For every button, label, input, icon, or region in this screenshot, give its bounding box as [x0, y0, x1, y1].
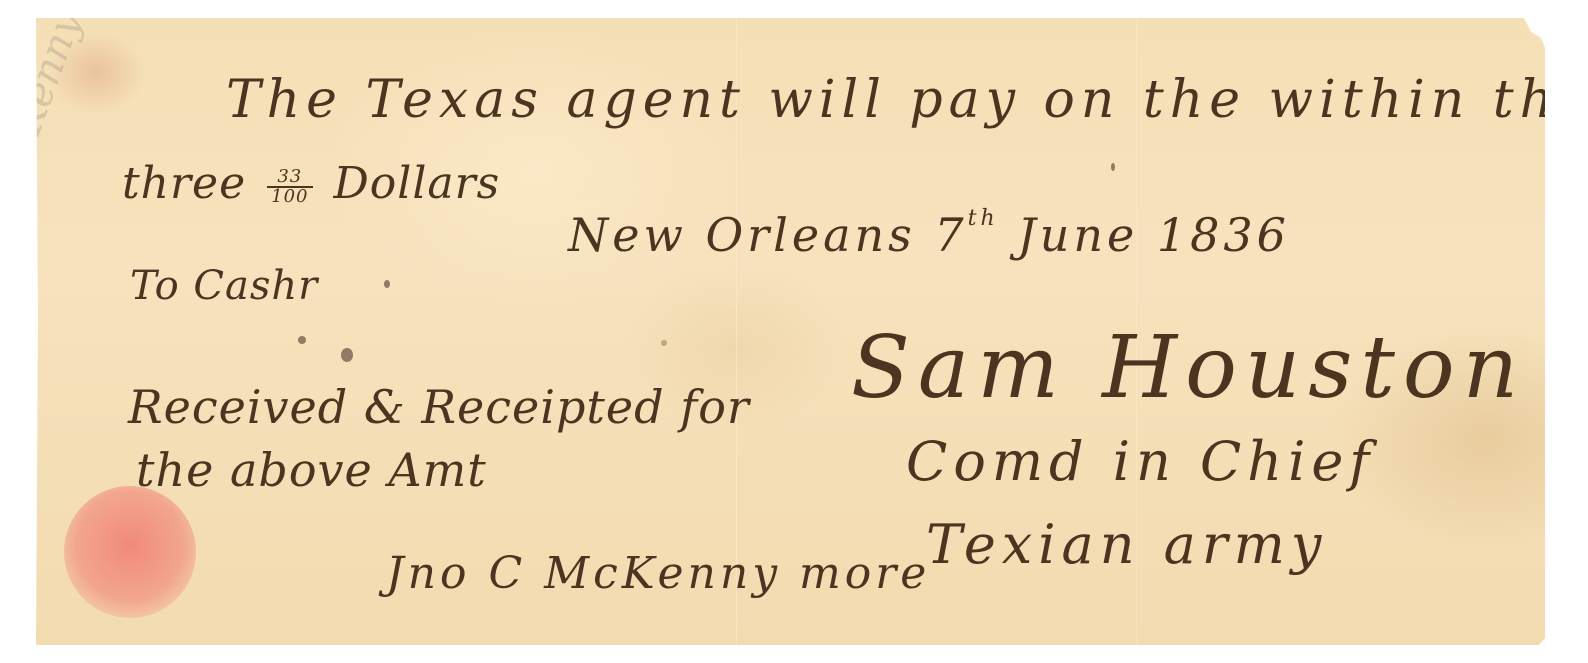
amount-unit: Dollars	[334, 158, 501, 209]
fraction-denominator: 100	[267, 188, 312, 206]
receipt-line-1: Received & Receipted for	[128, 380, 750, 434]
place-date-line: New Orleans 7th June 1836	[568, 206, 1290, 262]
receipt-line-2: the above Amt	[136, 443, 487, 497]
fraction-numerator: 33	[267, 168, 312, 188]
day-ordinal: th	[968, 206, 999, 231]
note-line-1: The Texas agent will pay on the within t…	[226, 70, 1588, 130]
addressee: To Cashr	[130, 263, 318, 309]
ink-blot	[1111, 163, 1115, 171]
ink-blot	[384, 280, 390, 288]
ink-blot	[298, 336, 306, 344]
ink-blot	[661, 340, 667, 346]
amount-fraction: 33 100	[267, 168, 312, 206]
red-seal-stain	[64, 486, 196, 618]
signature-sam-houston: Sam Houston	[851, 318, 1526, 418]
year: 1836	[1157, 208, 1290, 262]
document-paper: McKenny Receipt The Texas agent will pay…	[36, 18, 1545, 645]
month: June	[1017, 208, 1138, 262]
title-line-1: Comd in Chief	[906, 430, 1375, 493]
note-line-2: three 33 100 Dollars	[122, 158, 500, 209]
ink-blot	[341, 348, 353, 362]
amount-word: three	[122, 158, 246, 209]
title-line-2: Texian army	[926, 513, 1327, 576]
place: New Orleans	[568, 208, 916, 262]
receiver-signature: Jno C McKenny more	[386, 548, 930, 599]
day: 7	[934, 208, 967, 262]
